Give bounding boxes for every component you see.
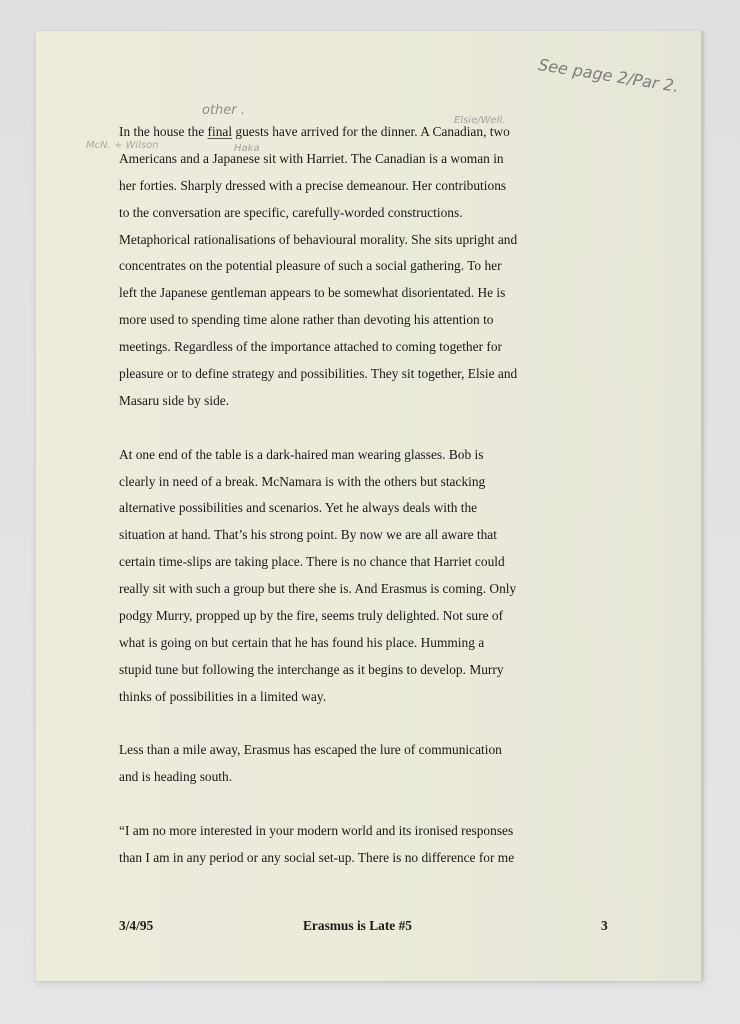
text-segment: In the house the — [119, 124, 208, 139]
text-line: concentrates on the potential pleasure o… — [119, 253, 559, 280]
text-line: Metaphorical rationalisations of behavio… — [119, 227, 559, 254]
paragraph: At one end of the table is a dark-haired… — [119, 442, 559, 711]
footer-title: Erasmus is Late #5 — [303, 918, 412, 934]
paragraph: Less than a mile away, Erasmus has escap… — [119, 737, 559, 791]
text-line: situation at hand. That’s his strong poi… — [119, 522, 559, 549]
text-line: what is going on but certain that he has… — [119, 630, 559, 657]
text-line: certain time-slips are taking place. The… — [119, 549, 559, 576]
text-line: left the Japanese gentleman appears to b… — [119, 280, 559, 307]
text-line: than I am in any period or any social se… — [119, 845, 559, 872]
text-line: to the conversation are specific, carefu… — [119, 200, 559, 227]
paragraph: In the house the final guests have arriv… — [119, 119, 559, 415]
text-line: clearly in need of a break. McNamara is … — [119, 469, 559, 496]
paper-sheet: See page 2/Par 2. other . Elsie/Well. Mc… — [36, 31, 703, 981]
footer-date: 3/4/95 — [119, 918, 153, 934]
text-line: podgy Murry, propped up by the fire, see… — [119, 603, 559, 630]
text-line: thinks of possibilities in a limited way… — [119, 684, 559, 711]
text-line: meetings. Regardless of the importance a… — [119, 334, 559, 361]
text-line: alternative possibilities and scenarios.… — [119, 495, 559, 522]
text-line: her forties. Sharply dressed with a prec… — [119, 173, 559, 200]
text-line: In the house the final guests have arriv… — [119, 119, 559, 146]
text-line: “I am no more interested in your modern … — [119, 818, 559, 845]
footer-page-number: 3 — [601, 918, 608, 934]
handwritten-note-above-final: other . — [202, 103, 245, 118]
text-line: pleasure or to define strategy and possi… — [119, 361, 559, 388]
text-line: really sit with such a group but there s… — [119, 576, 559, 603]
text-line: At one end of the table is a dark-haired… — [119, 442, 559, 469]
text-segment: guests have arrived for the dinner. A Ca… — [232, 124, 510, 139]
underlined-word: final — [208, 124, 233, 139]
paragraph: “I am no more interested in your modern … — [119, 818, 559, 872]
text-line: Less than a mile away, Erasmus has escap… — [119, 737, 559, 764]
handwritten-note-top-right: See page 2/Par 2. — [537, 55, 680, 96]
body-text: In the house the final guests have arriv… — [119, 119, 559, 899]
text-line: and is heading south. — [119, 764, 559, 791]
text-line: more used to spending time alone rather … — [119, 307, 559, 334]
text-line: Masaru side by side. — [119, 388, 559, 415]
text-line: Americans and a Japanese sit with Harrie… — [119, 146, 559, 173]
text-line: stupid tune but following the interchang… — [119, 657, 559, 684]
